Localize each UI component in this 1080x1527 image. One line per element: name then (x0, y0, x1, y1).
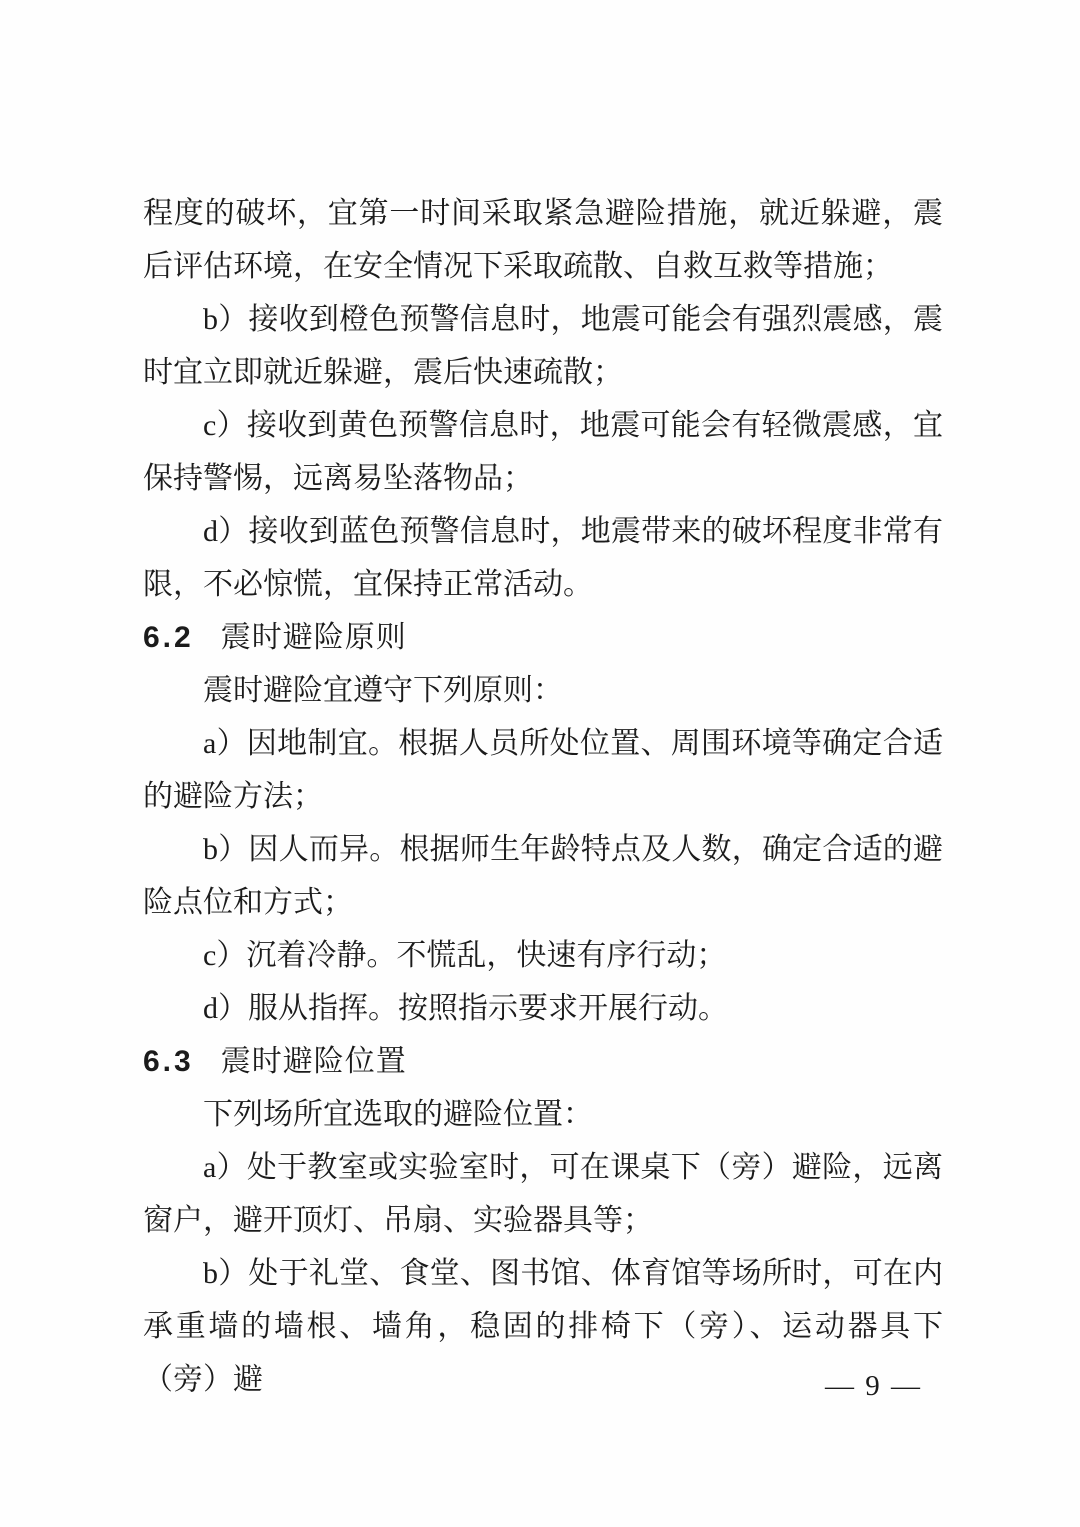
list-item-warning-blue: d）接收到蓝色预警信息时，地震带来的破坏程度非常有限，不必惊慌，宜保持正常活动。 (143, 505, 943, 611)
list-item-warning-yellow: c）接收到黄色预警信息时，地震可能会有轻微震感，宜保持警惕，远离易坠落物品； (143, 399, 943, 505)
page-number: — 9 — (825, 1366, 922, 1406)
list-item-location-a: a）处于教室或实验室时，可在课桌下（旁）避险，远离窗户，避开顶灯、吊扇、实验器具… (143, 1141, 943, 1247)
section-title: 震时避险原则 (221, 621, 407, 654)
list-item-principle-c: c）沉着冷静。不慌乱，快速有序行动； (143, 929, 943, 982)
section-heading-6-3: 6.3震时避险位置 (143, 1035, 943, 1088)
paragraph-warning-red-continued: 程度的破坏，宜第一时间采取紧急避险措施，就近躲避，震后评估环境，在安全情况下采取… (143, 187, 943, 293)
list-item-principle-a: a）因地制宜。根据人员所处位置、周围环境等确定合适的避险方法； (143, 717, 943, 823)
section-number: 6.3 (143, 1045, 194, 1078)
paragraph-principles-intro: 震时避险宜遵守下列原则： (143, 664, 943, 717)
document-page: 程度的破坏，宜第一时间采取紧急避险措施，就近躲避，震后评估环境，在安全情况下采取… (0, 0, 1080, 1527)
list-item-principle-b: b）因人而异。根据师生年龄特点及人数，确定合适的避险点位和方式； (143, 823, 943, 929)
paragraph-locations-intro: 下列场所宜选取的避险位置： (143, 1088, 943, 1141)
list-item-warning-orange: b）接收到橙色预警信息时，地震可能会有强烈震感，震时宜立即就近躲避，震后快速疏散… (143, 293, 943, 399)
section-number: 6.2 (143, 621, 194, 654)
list-item-principle-d: d）服从指挥。按照指示要求开展行动。 (143, 982, 943, 1035)
section-title: 震时避险位置 (221, 1045, 407, 1078)
list-item-location-b: b）处于礼堂、食堂、图书馆、体育馆等场所时，可在内承重墙的墙根、墙角，稳固的排椅… (143, 1247, 943, 1406)
page-body-text: 程度的破坏，宜第一时间采取紧急避险措施，就近躲避，震后评估环境，在安全情况下采取… (143, 187, 943, 1406)
section-heading-6-2: 6.2震时避险原则 (143, 611, 943, 664)
